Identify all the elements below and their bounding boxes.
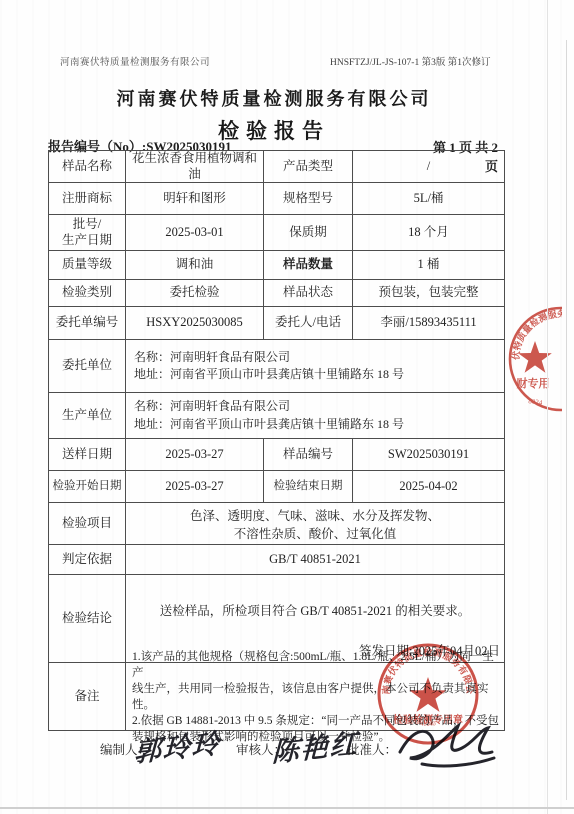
table-row-entrust-unit: 委托单位 名称：河南明轩食品有限公司 地址：河南省平顶山市叶县龚店镇十里铺路东 … bbox=[49, 340, 504, 393]
cell-label: 样品数量 bbox=[264, 251, 353, 279]
header-company-name: 河南赛伏特质量检测服务有限公司 bbox=[60, 54, 210, 68]
cell-label: 质量等级 bbox=[49, 251, 126, 279]
cell-label: 注册商标 bbox=[49, 183, 126, 214]
unit-name: 名称：河南明轩食品有限公司 bbox=[134, 349, 290, 366]
cell-value: 李丽/15893435111 bbox=[353, 307, 504, 339]
cell-label: 送样日期 bbox=[49, 439, 126, 470]
table-row: 检验类别 委托检验 样品状态 预包装，包装完整 bbox=[49, 280, 504, 307]
table-row: 样品名称 花生浓香食用植物调和油 产品类型 / bbox=[49, 151, 504, 183]
table-row: 质量等级 调和油 样品数量 1 桶 bbox=[49, 251, 504, 280]
cell-label: 判定依据 bbox=[49, 545, 126, 574]
cell-label: 样品名称 bbox=[49, 151, 126, 182]
cell-label: 样品编号 bbox=[264, 439, 353, 470]
cell-label: 检验结论 bbox=[49, 575, 126, 662]
cell-label: 检验类别 bbox=[49, 280, 126, 306]
table-row: 送样日期 2025-03-27 样品编号 SW2025030191 bbox=[49, 439, 504, 471]
table-row-items: 检验项目 色泽、透明度、气味、滋味、水分及挥发物、 不溶性杂质、酸价、过氧化值 bbox=[49, 503, 504, 545]
cell-label: 批号/ 生产日期 bbox=[49, 215, 126, 250]
cell-label: 规格型号 bbox=[264, 183, 353, 214]
table-row: 检验开始日期 2025-03-27 检验结束日期 2025-04-02 bbox=[49, 471, 504, 503]
star-icon bbox=[410, 677, 447, 712]
edge-seal-code: 8024 bbox=[528, 397, 543, 407]
edge-seal-text-fragment: 财专用 bbox=[517, 376, 550, 390]
cell-value: HSXY2025030085 bbox=[126, 307, 264, 339]
table-row: 批号/ 生产日期 2025-03-01 保质期 18 个月 bbox=[49, 215, 504, 251]
page-title: 河南赛伏特质量检测服务有限公司 bbox=[0, 85, 548, 111]
cell-label: 检验项目 bbox=[49, 503, 126, 544]
svg-text:41040: 41040 bbox=[420, 720, 437, 728]
inspection-report-page: 河南赛伏特质量检测服务有限公司 HNSFTZJ/JL-JS-107-1 第3版 … bbox=[0, 0, 574, 814]
label-line: 批号/ bbox=[73, 217, 101, 233]
header-doc-code: HNSFTZJ/JL-JS-107-1 第3版 第1次修订 bbox=[330, 54, 490, 68]
cell-label: 委托单位 bbox=[49, 340, 126, 392]
cell-label: 保质期 bbox=[264, 215, 353, 250]
cell-label: 委托人/电话 bbox=[264, 307, 353, 339]
table-row-basis: 判定依据 GB/T 40851-2021 bbox=[49, 545, 504, 575]
scan-edge-line bbox=[547, 0, 548, 814]
cell-value: 2025-03-01 bbox=[126, 215, 264, 250]
cell-label: 委托单编号 bbox=[49, 307, 126, 339]
edge-seal-clip: 河南赛伏特质量检测服务有限公司 财专用 8024 bbox=[505, 303, 562, 415]
items-line: 不溶性杂质、酸价、过氧化值 bbox=[234, 524, 397, 542]
edge-seal: 河南赛伏特质量检测服务有限公司 财专用 8024 bbox=[505, 303, 562, 415]
cell-value: / bbox=[353, 151, 504, 182]
cell-value: 委托检验 bbox=[126, 280, 264, 306]
cell-label: 样品状态 bbox=[264, 280, 353, 306]
items-line: 色泽、透明度、气味、滋味、水分及挥发物、 bbox=[190, 506, 440, 524]
table-row-produce-unit: 生产单位 名称：河南明轩食品有限公司 地址：河南省平顶山市叶县龚店镇十里铺路东 … bbox=[49, 393, 504, 439]
cell-label: 备注 bbox=[49, 663, 126, 730]
table-row: 注册商标 明轩和图形 规格型号 5L/桶 bbox=[49, 183, 504, 215]
unit-address: 地址：河南省平顶山市叶县龚店镇十里铺路东 18 号 bbox=[134, 416, 404, 433]
cell-value: 色泽、透明度、气味、滋味、水分及挥发物、 不溶性杂质、酸价、过氧化值 bbox=[126, 503, 504, 544]
cell-value: 明轩和图形 bbox=[126, 183, 264, 214]
cell-value: 花生浓香食用植物调和油 bbox=[126, 151, 264, 182]
cell-label: 检验结束日期 bbox=[264, 471, 353, 502]
conclusion-text: 送检样品，所检项目符合 GB/T 40851-2021 的相关要求。 bbox=[126, 601, 504, 619]
cell-label: 产品类型 bbox=[264, 151, 353, 182]
table-row: 委托单编号 HSXY2025030085 委托人/电话 李丽/158934351… bbox=[49, 307, 504, 340]
inspection-seal: 河南赛伏特质量检测服务有限公司 检验检测专用章 41040 bbox=[375, 641, 481, 747]
cell-value: GB/T 40851-2021 bbox=[126, 545, 504, 574]
cell-value: 2025-03-27 bbox=[126, 439, 264, 470]
editor-signature: 郭玲玲 bbox=[134, 721, 222, 769]
cell-value: 预包装，包装完整 bbox=[353, 280, 504, 306]
cell-value: 调和油 bbox=[126, 251, 264, 279]
cell-value: 1 桶 bbox=[353, 251, 504, 279]
cell-value: 5L/桶 bbox=[353, 183, 504, 214]
cell-value: 2025-04-02 bbox=[353, 471, 504, 502]
cell-label: 生产单位 bbox=[49, 393, 126, 438]
unit-address: 地址：河南省平顶山市叶县龚店镇十里铺路东 18 号 bbox=[134, 366, 404, 383]
cell-label: 检验开始日期 bbox=[49, 471, 126, 502]
unit-name: 名称：河南明轩食品有限公司 bbox=[134, 398, 290, 415]
label-line: 生产日期 bbox=[62, 233, 112, 249]
cell-value: 名称：河南明轩食品有限公司 地址：河南省平顶山市叶县龚店镇十里铺路东 18 号 bbox=[126, 340, 504, 392]
cell-value: SW2025030191 bbox=[353, 439, 504, 470]
cell-value: 18 个月 bbox=[353, 215, 504, 250]
scan-bottom-edge bbox=[0, 807, 574, 809]
scan-edge-line bbox=[566, 40, 567, 800]
seal-code: 41040 bbox=[420, 720, 437, 728]
cell-value: 2025-03-27 bbox=[126, 471, 264, 502]
cell-value: 名称：河南明轩食品有限公司 地址：河南省平顶山市叶县龚店镇十里铺路东 18 号 bbox=[126, 393, 504, 438]
